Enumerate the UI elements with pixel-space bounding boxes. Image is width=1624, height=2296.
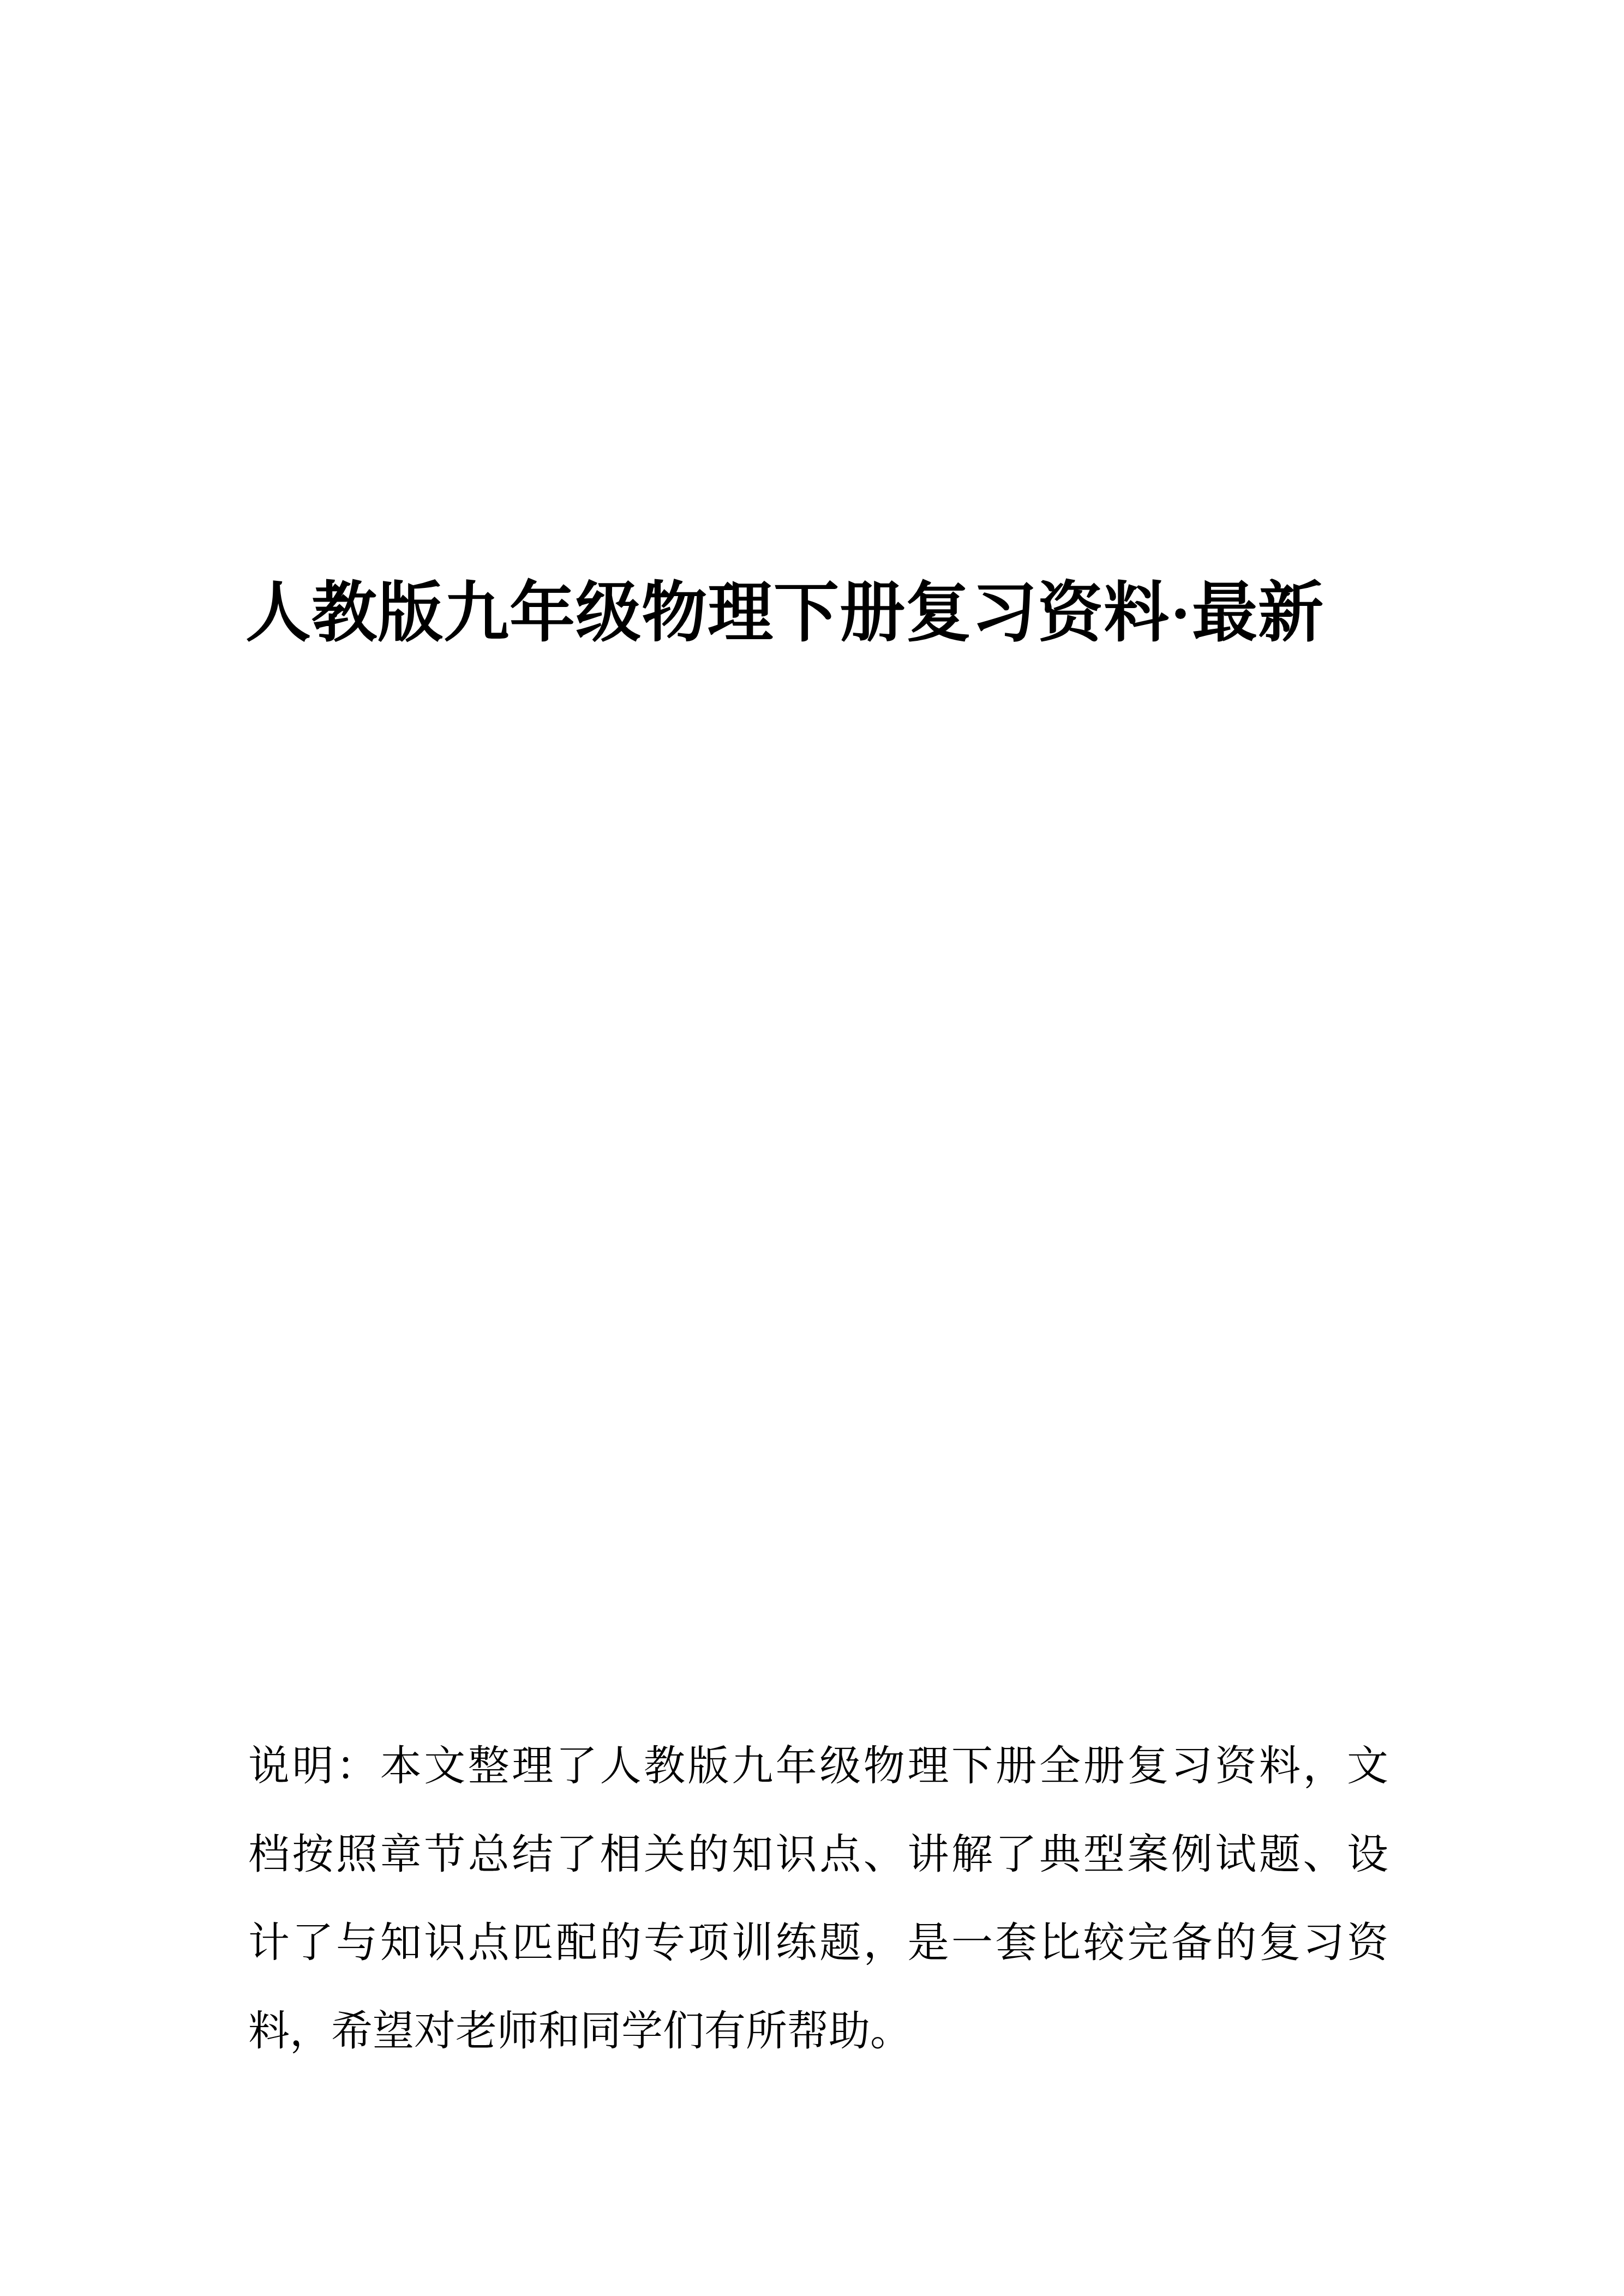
- document-page: 人教版九年级物理下册复习资料·最新 说明：本文整理了人教版九年级物理下册全册复习…: [0, 0, 1624, 2296]
- document-title: 人教版九年级物理下册复习资料·最新: [245, 575, 1324, 652]
- intro-paragraph: 说明：本文整理了人教版九年级物理下册全册复习资料，文 档按照章节总结了相关的知识…: [248, 1722, 1388, 2076]
- intro-paragraph-line-3: 计了与知识点匹配的专项训练题，是一套比较完备的复习资: [248, 1899, 1388, 1987]
- intro-paragraph-line-4: 料，希望对老师和同学们有所帮助。: [248, 1987, 1388, 2076]
- intro-paragraph-line-2: 档按照章节总结了相关的知识点、讲解了典型案例试题、设: [248, 1811, 1388, 1899]
- intro-paragraph-line-1: 说明：本文整理了人教版九年级物理下册全册复习资料，文: [248, 1722, 1388, 1811]
